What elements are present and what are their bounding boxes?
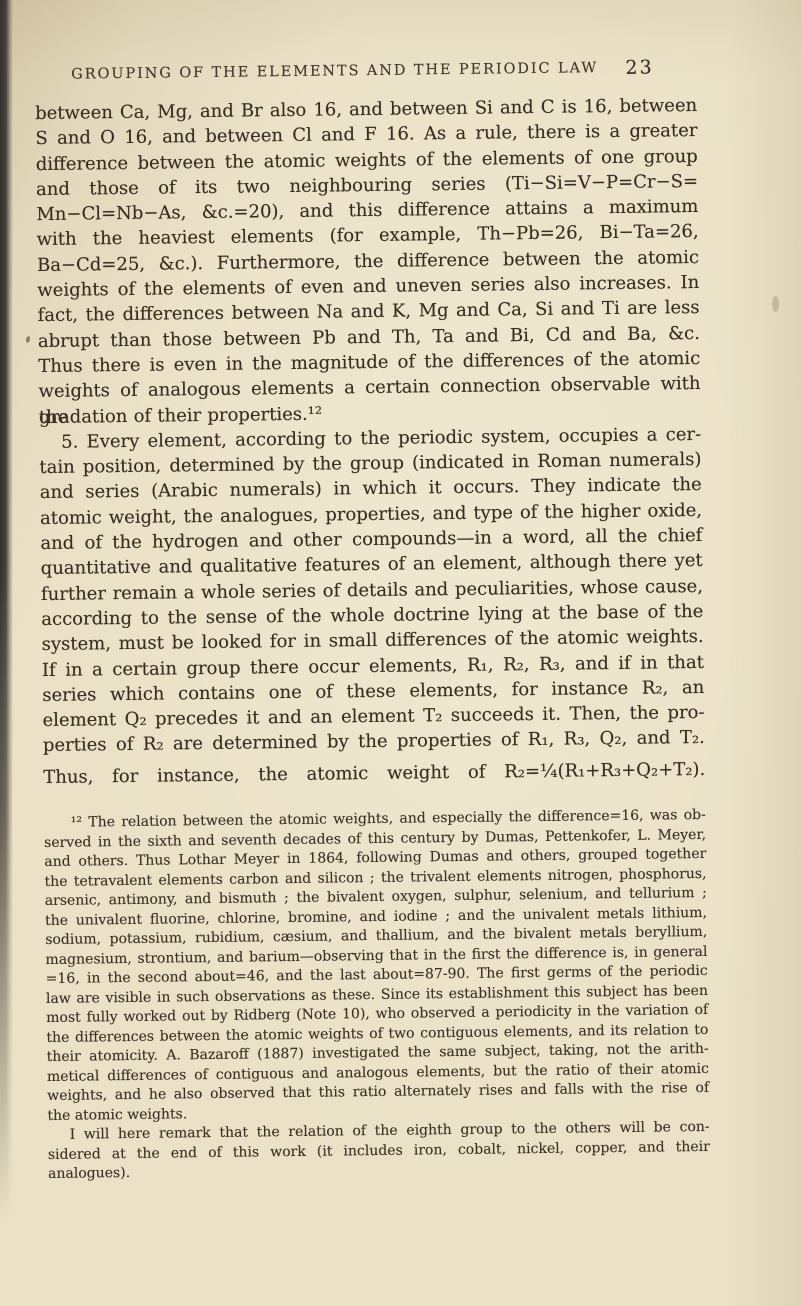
running-header: GROUPING OF THE ELEMENTS AND THE PERIODI… bbox=[35, 54, 697, 88]
atomic-weight-formula-line: Thus, for instance, the atomic weight of… bbox=[43, 757, 705, 790]
page-number: 23 bbox=[625, 55, 654, 81]
book-binding-edge bbox=[0, 0, 13, 1260]
footnote: ¹² The relation between the atomic weigh… bbox=[44, 806, 710, 1185]
body-text: between Ca, Mg, and Br also 16, and betw… bbox=[35, 93, 705, 790]
book-page: GROUPING OF THE ELEMENTS AND THE PERIODI… bbox=[0, 0, 801, 1306]
page-content: GROUPING OF THE ELEMENTS AND THE PERIODI… bbox=[35, 54, 711, 1185]
page-header-title: GROUPING OF THE ELEMENTS AND THE PERIODI… bbox=[35, 54, 697, 88]
